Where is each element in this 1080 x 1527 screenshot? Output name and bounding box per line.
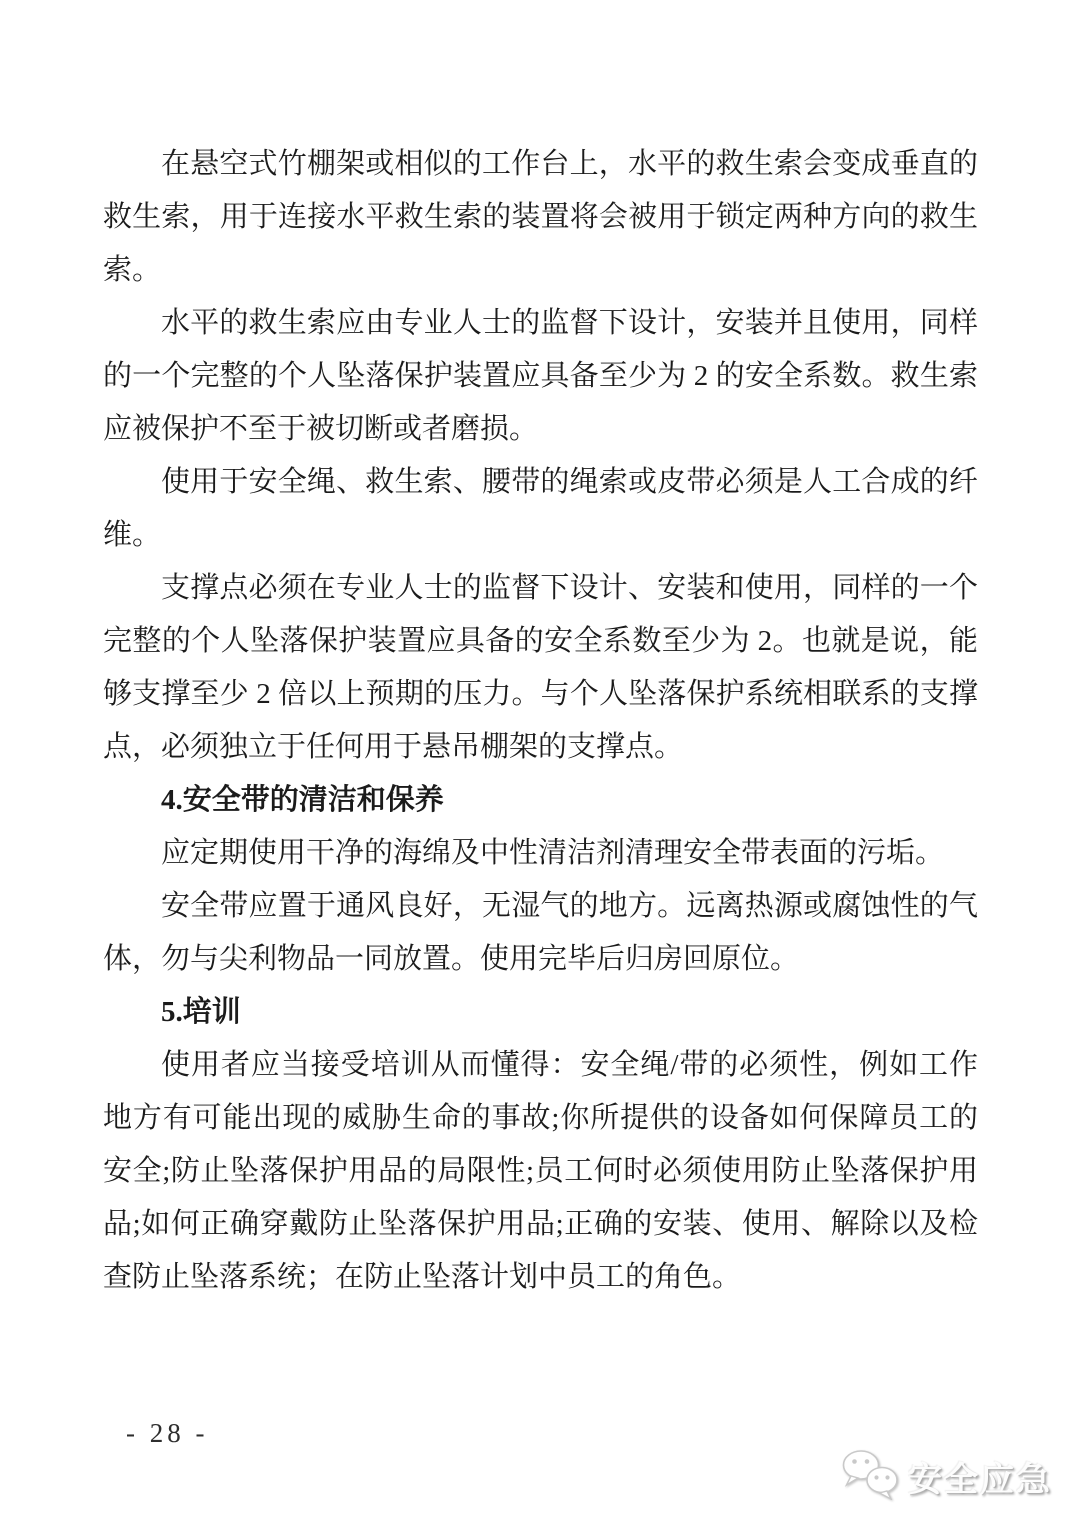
wechat-icon	[840, 1448, 902, 1505]
body-paragraph: 使用者应当接受培训从而懂得：安全绳/带的必须性，例如工作地方有可能出现的威胁生命…	[103, 1039, 978, 1304]
document-page: 在悬空式竹棚架或相似的工作台上，水平的救生索会变成垂直的救生索，用于连接水平救生…	[0, 0, 1080, 1527]
body-paragraph: 水平的救生索应由专业人士的监督下设计，安装并且使用，同样的一个完整的个人坠落保护…	[103, 297, 978, 456]
section-heading: 4.安全带的清洁和保养	[103, 774, 978, 827]
document-body: 在悬空式竹棚架或相似的工作台上，水平的救生索会变成垂直的救生索，用于连接水平救生…	[103, 138, 978, 1304]
page-number: - 28 -	[126, 1418, 208, 1449]
section-heading: 5.培训	[103, 986, 978, 1039]
body-paragraph: 使用于安全绳、救生索、腰带的绳索或皮带必须是人工合成的纤维。	[103, 456, 978, 562]
paragraph-list: 在悬空式竹棚架或相似的工作台上，水平的救生索会变成垂直的救生索，用于连接水平救生…	[103, 138, 978, 1304]
body-paragraph: 应定期使用干净的海绵及中性清洁剂清理安全带表面的污垢。	[103, 827, 978, 880]
body-paragraph: 安全带应置于通风良好，无湿气的地方。远离热源或腐蚀性的气体，勿与尖利物品一同放置…	[103, 880, 978, 986]
body-paragraph: 支撑点必须在专业人士的监督下设计、安装和使用，同样的一个完整的个人坠落保护装置应…	[103, 562, 978, 774]
watermark-label: 安全应急	[908, 1452, 1052, 1501]
body-paragraph: 在悬空式竹棚架或相似的工作台上，水平的救生索会变成垂直的救生索，用于连接水平救生…	[103, 138, 978, 297]
watermark: 安全应急	[840, 1448, 1052, 1505]
